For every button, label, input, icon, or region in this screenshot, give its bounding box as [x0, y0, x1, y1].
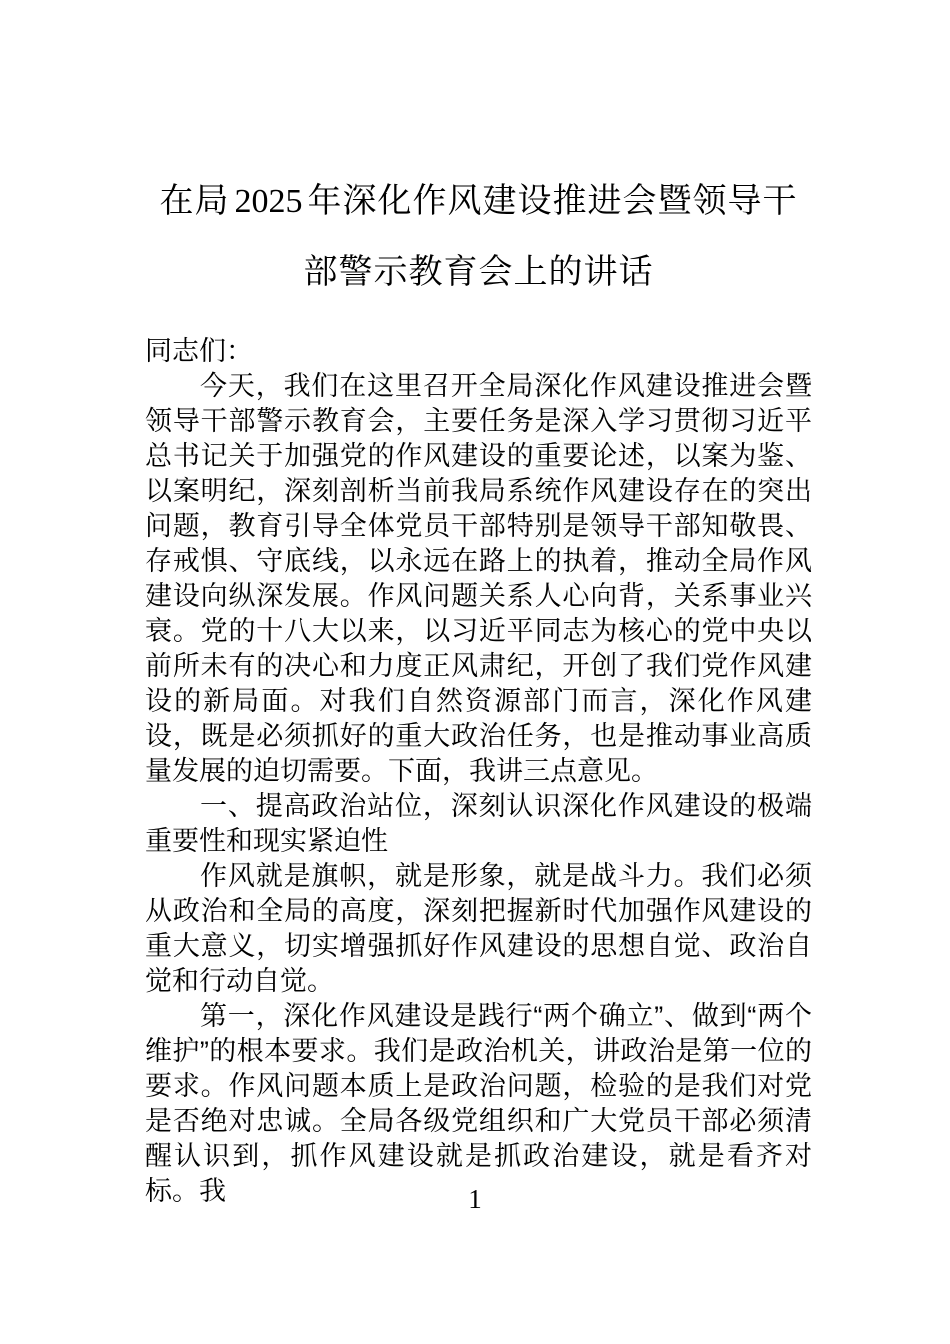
- paragraph: 第一，深化作风建设是践行“两个确立”、做到“两个维护”的根本要求。我们是政治机关…: [145, 999, 812, 1209]
- title-year: 2025: [235, 183, 303, 220]
- section-heading: 一、提高政治站位，深刻认识深化作风建设的极端重要性和现实紧迫性: [145, 789, 812, 859]
- document-page: 在局2025年深化作风建设推进会暨领导干部警示教育会上的讲话 同志们： 今天，我…: [0, 0, 950, 1344]
- document-title: 在局2025年深化作风建设推进会暨领导干部警示教育会上的讲话: [145, 166, 812, 308]
- document-body: 同志们： 今天，我们在这里召开全局深化作风建设推进会暨领导干部警示教育会，主要任…: [145, 334, 812, 1209]
- paragraph: 今天，我们在这里召开全局深化作风建设推进会暨领导干部警示教育会，主要任务是深入学…: [145, 369, 812, 789]
- salutation: 同志们：: [145, 334, 812, 369]
- title-text-prefix: 在局: [160, 182, 230, 220]
- title-text-suffix: 年深化作风建设推进会暨领导干部警示教育会上的讲话: [304, 182, 798, 291]
- page-number: 1: [0, 1182, 950, 1217]
- paragraph: 作风就是旗帜，就是形象，就是战斗力。我们必须从政治和全局的高度，深刻把握新时代加…: [145, 859, 812, 999]
